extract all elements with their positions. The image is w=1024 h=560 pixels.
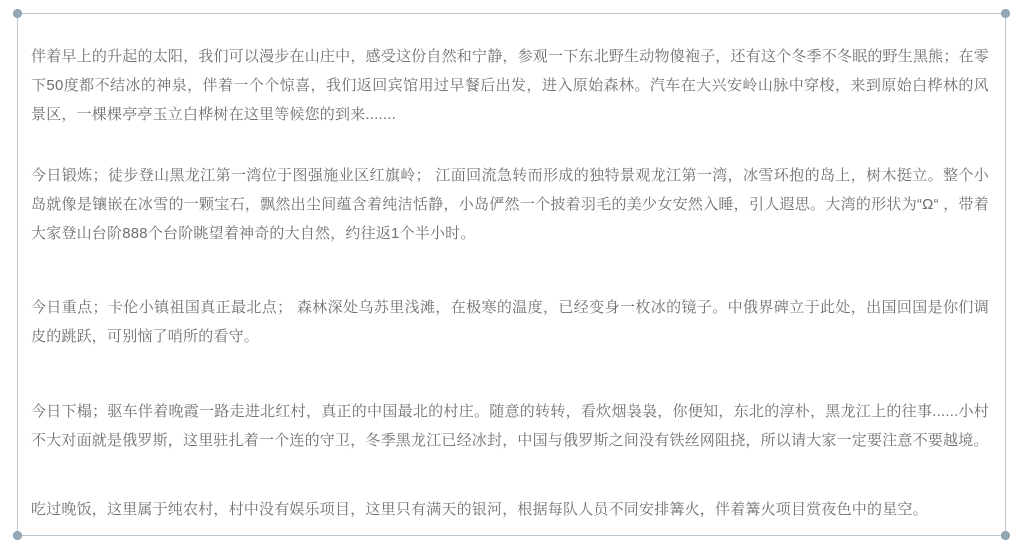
paragraph-highlight: 今日重点；卡伦小镇祖国真正最北点； 森林深处乌苏里浅滩，在极寒的温度，已经变身一…	[31, 293, 989, 351]
resize-handle-top-left[interactable]	[13, 9, 22, 18]
itinerary-text: 伴着早上的升起的太阳，我们可以漫步在山庄中，感受这份自然和宁静，参观一下东北野生…	[18, 14, 1005, 535]
paragraph-evening: 吃过晚饭，这里属于纯农村，村中没有娱乐项目，这里只有满天的银河，根据每队人员不同…	[31, 495, 989, 524]
editor-canvas: 伴着早上的升起的太阳，我们可以漫步在山庄中，感受这份自然和宁静，参观一下东北野生…	[0, 0, 1024, 560]
paragraph-exercise: 今日锻炼；徒步登山黑龙江第一湾位于图强施业区红旗岭； 江面回流急转而形成的独特景…	[31, 161, 989, 248]
resize-handle-bottom-left[interactable]	[13, 531, 22, 540]
resize-handle-top-right[interactable]	[1001, 9, 1010, 18]
resize-handle-bottom-right[interactable]	[1001, 531, 1010, 540]
paragraph-accommodation: 今日下榻；驱车伴着晚霞一路走进北红村，真正的中国最北的村庄。随意的转转，看炊烟袅…	[31, 397, 989, 455]
paragraph-morning-walk: 伴着早上的升起的太阳，我们可以漫步在山庄中，感受这份自然和宁静，参观一下东北野生…	[31, 42, 989, 129]
paragraph-important-note: 重要提示；今天行程沿途上手机没有信号，在出发前提前和亲人朋友们打好招呼以免担心。	[31, 530, 989, 535]
selected-text-block[interactable]: 伴着早上的升起的太阳，我们可以漫步在山庄中，感受这份自然和宁静，参观一下东北野生…	[17, 13, 1006, 536]
